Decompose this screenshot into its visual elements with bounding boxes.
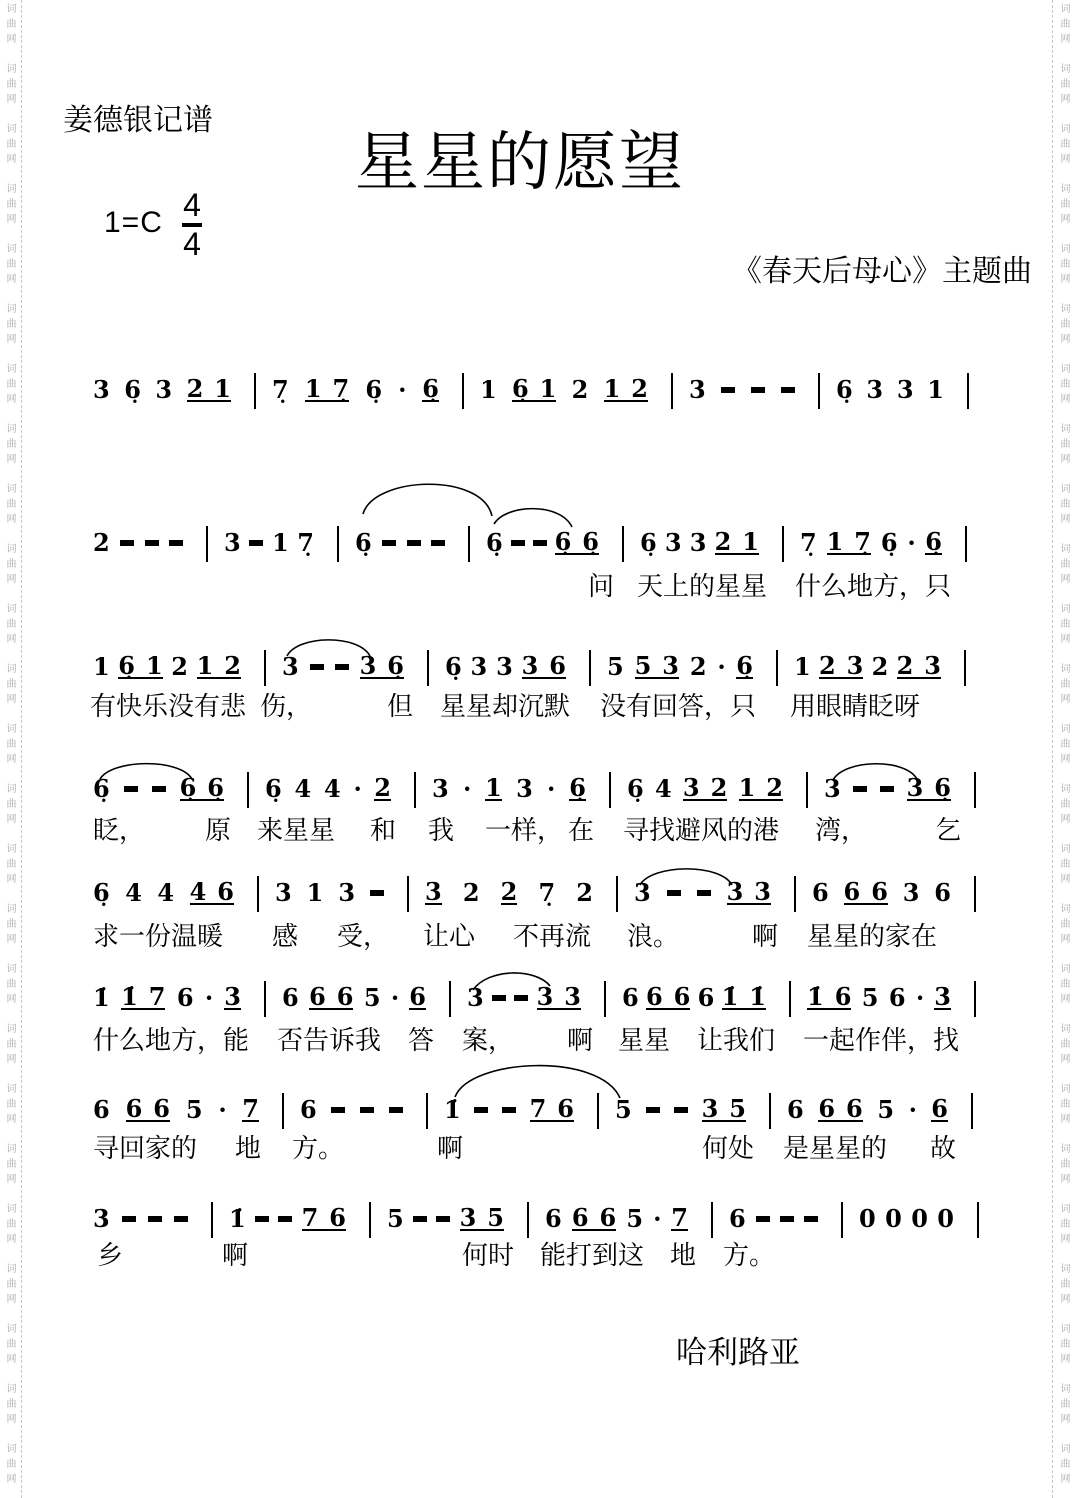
note: 3	[432, 778, 449, 800]
lyric: 乡	[97, 1242, 123, 1270]
lyric: 一样，	[485, 817, 563, 845]
eighth-note-group: 1̇1̇	[722, 986, 766, 1010]
hold-dash: -	[511, 540, 525, 546]
hold-dash: -	[255, 1216, 269, 1222]
hold-dash: -	[169, 540, 183, 546]
note: 5	[635, 655, 652, 677]
hold-dash: -	[122, 1216, 136, 1222]
note: 4	[190, 881, 207, 903]
measure: 3 - - -	[88, 1199, 212, 1239]
watermark: 词曲网	[1057, 423, 1069, 468]
note: 6̣	[881, 532, 898, 554]
eighth-note-group: 66	[646, 986, 690, 1010]
lyric: 让心	[423, 923, 475, 951]
note: 6	[698, 987, 715, 1009]
lyric: 什么地方，只	[795, 573, 951, 601]
note: 6	[282, 987, 299, 1009]
measure: 6̣ 4 4 46	[88, 873, 258, 913]
note: 4	[125, 882, 142, 904]
note: 3	[460, 1207, 477, 1229]
hold-dash: -	[389, 1107, 403, 1113]
eighth-note-group: 12	[604, 378, 648, 402]
lyric: 啊	[222, 1242, 248, 1270]
note: 3	[471, 656, 488, 678]
measure: 3 · 1 3 · 6̣	[415, 769, 610, 809]
song-subtitle: 《春天后母心》主题曲	[732, 254, 1032, 290]
note: 6	[153, 1098, 170, 1120]
watermark: 词曲网	[3, 123, 15, 168]
note: 6̣	[512, 378, 529, 400]
note: 6	[409, 986, 426, 1008]
hold-dash: -	[474, 1107, 488, 1113]
note: 6̣	[627, 778, 644, 800]
note: 1̇	[807, 986, 824, 1008]
note: 1	[93, 656, 110, 678]
note: 3	[425, 881, 442, 903]
note: 6̣	[582, 531, 599, 553]
measure: 3 - - 36̣	[807, 769, 975, 809]
note: 6	[549, 655, 566, 677]
note: 6	[329, 1207, 346, 1229]
measure: 6̣ 4 4 · 2	[248, 769, 415, 809]
eighth-note-group: 35	[702, 1098, 746, 1122]
lyric: 星星	[618, 1027, 670, 1055]
measure: 3 - - 33	[617, 873, 795, 913]
eighth-note-group: 6̣1	[118, 655, 162, 679]
note: 3	[338, 882, 355, 904]
note: 6	[889, 987, 906, 1009]
note: 2	[93, 532, 110, 554]
lyric: 伤，	[260, 693, 312, 721]
note: 2	[711, 777, 728, 799]
note: 6	[93, 1099, 110, 1121]
note: 6̣	[387, 655, 404, 677]
note: 4	[295, 778, 312, 800]
lyric: 啊	[437, 1135, 463, 1163]
note: 5	[364, 987, 381, 1009]
note: 6̣	[486, 532, 503, 554]
note: 3	[903, 882, 920, 904]
note: 6	[835, 986, 852, 1008]
lyric: 能打到这	[540, 1242, 644, 1270]
note: 5	[862, 987, 879, 1009]
eighth-note-group: 3	[224, 986, 241, 1010]
sheet-music-page: 词曲网 词曲网 词曲网 词曲网 词曲网 词曲网 词曲网 词曲网 词曲网 词曲网 …	[0, 0, 1074, 1498]
barline	[974, 876, 976, 912]
note: 5	[487, 1207, 504, 1229]
hold-dash: -	[756, 1216, 770, 1222]
eighth-note-group: 6̣	[736, 655, 753, 679]
measure: 6 66 5 · 6	[770, 1090, 972, 1130]
left-watermark-column: 词曲网 词曲网 词曲网 词曲网 词曲网 词曲网 词曲网 词曲网 词曲网 词曲网 …	[3, 3, 15, 1498]
watermark: 词曲网	[3, 723, 15, 768]
note: 1	[305, 378, 322, 400]
note: 6	[309, 986, 326, 1008]
note: 3	[93, 1208, 110, 1230]
lyric: 啊	[752, 923, 778, 951]
eighth-note-group: 17̣	[827, 531, 871, 555]
hold-dash: -	[360, 1107, 374, 1113]
hold-dash: -	[751, 387, 765, 393]
hold-dash: -	[533, 540, 547, 546]
hold-dash: -	[278, 1216, 292, 1222]
note: 3	[924, 655, 941, 677]
note: 6	[572, 1207, 589, 1229]
hold-dash: -	[310, 664, 324, 670]
measure: 3 1 3 -	[258, 873, 408, 913]
note: 6̣	[569, 777, 586, 799]
eighth-note-group: 3	[425, 881, 442, 905]
measure: 5 53 2 · 6̣	[590, 647, 777, 687]
note: 6	[646, 986, 663, 1008]
note: 6̣	[555, 531, 572, 553]
note: 1̇	[93, 987, 110, 1009]
note: 3	[689, 379, 706, 401]
note: 1	[540, 378, 557, 400]
eighth-note-group: 1	[485, 777, 502, 801]
note: 3	[522, 655, 539, 677]
lyric: 星星却沉默	[440, 693, 570, 721]
measure: 6 66 5 · 7	[88, 1090, 283, 1130]
note: 6	[934, 882, 951, 904]
note: 3	[275, 882, 292, 904]
measure: 6̣ 4 32 12	[610, 769, 807, 809]
note: 6̣	[355, 532, 372, 554]
measure: 6̣ 3 3 1	[819, 370, 968, 410]
hold-dash: -	[431, 540, 445, 546]
key-signature: 1=C	[104, 206, 163, 240]
measure: 7̣ 17̣ 6̣ · 6̣	[783, 523, 966, 563]
note: 3	[93, 379, 110, 401]
eighth-note-group: 32	[683, 777, 727, 801]
eighth-note-group: 66	[572, 1207, 616, 1231]
eighth-note-group: 21	[715, 531, 759, 555]
barline	[971, 1093, 973, 1129]
lyric: 湾，	[815, 817, 867, 845]
hold-dash: -	[120, 540, 134, 546]
augmentation-dot: ·	[205, 987, 213, 1009]
note: 3	[537, 986, 554, 1008]
eighth-note-group: 66	[818, 1098, 862, 1122]
note: 6̣	[93, 882, 110, 904]
note: 3	[282, 656, 299, 678]
note: 6	[812, 882, 829, 904]
note: 6	[931, 1098, 948, 1120]
hold-dash: -	[781, 387, 795, 393]
staff-line-1: 3 6̣ 3 21 7̣ 17̣ 6̣ · 6̣ 1 6̣1 2 12 3 - …	[0, 370, 1074, 410]
note: 3	[360, 655, 377, 677]
note: 6	[674, 986, 691, 1008]
eighth-note-group: 76	[530, 1098, 574, 1122]
measure: 6 66 5 · 7	[528, 1199, 712, 1239]
eighth-note-group: 6̣6̣	[180, 777, 224, 801]
note: 6	[844, 881, 861, 903]
note: 2	[374, 777, 391, 799]
eighth-note-group: 6̣	[569, 777, 586, 801]
lyric: 否告诉我	[277, 1027, 381, 1055]
watermark: 词曲网	[1057, 1263, 1069, 1308]
note: 6	[337, 986, 354, 1008]
hold-dash: -	[674, 1107, 688, 1113]
hold-dash: -	[407, 540, 421, 546]
eighth-note-group: 6̣	[422, 378, 439, 402]
watermark: 词曲网	[1057, 1383, 1069, 1428]
watermark: 词曲网	[3, 63, 15, 108]
watermark: 词曲网	[3, 1443, 15, 1488]
hold-dash: -	[502, 1107, 516, 1113]
time-signature-numerator: 4	[180, 190, 204, 220]
hold-dash: -	[148, 1216, 162, 1222]
eighth-note-group: 21	[187, 378, 231, 402]
eighth-note-group: 7	[671, 1207, 688, 1231]
note: 3	[866, 379, 883, 401]
note: 6̣	[836, 379, 853, 401]
note: 3	[224, 532, 241, 554]
watermark: 词曲网	[1057, 3, 1069, 48]
watermark: 词曲网	[3, 1383, 15, 1428]
note: 2	[224, 655, 241, 677]
lyric: 感	[272, 923, 298, 951]
note: 2	[572, 379, 589, 401]
note: 1	[827, 531, 844, 553]
watermark: 词曲网	[3, 243, 15, 288]
staff-line-2: 2 - - - 3 - 1 7̣ 6̣ - - - 6̣ - - 6̣6̣ 6̣	[0, 523, 1074, 563]
note: 1	[480, 379, 497, 401]
note: 6	[557, 1098, 574, 1120]
staff-line-7: 6 66 5 · 7 6 - - - 1̇ - - 76 5 - - 35	[0, 1090, 1074, 1130]
barline	[974, 772, 976, 808]
note: 6	[217, 881, 234, 903]
note: 2	[631, 378, 648, 400]
watermark: 词曲网	[1057, 243, 1069, 288]
eighth-note-group: 6̣	[925, 531, 942, 555]
lyric: 何时	[462, 1242, 514, 1270]
hold-dash: -	[124, 786, 138, 792]
lyric: 受，	[337, 923, 389, 951]
note: 5	[877, 1099, 894, 1121]
watermark: 词曲网	[1057, 183, 1069, 228]
note: 6	[177, 987, 194, 1009]
note: 1̇	[121, 986, 138, 1008]
note: 6	[787, 1099, 804, 1121]
hold-dash: -	[853, 786, 867, 792]
note: 6̣	[365, 379, 382, 401]
eighth-note-group: 17̣	[305, 378, 349, 402]
hold-dash: -	[152, 786, 166, 792]
eighth-note-group: 33	[537, 986, 581, 1010]
note: 6̣	[422, 378, 439, 400]
measure: 6̣ 3 3 36	[428, 647, 590, 687]
hold-dash: -	[646, 1107, 660, 1113]
watermark: 词曲网	[1057, 483, 1069, 528]
staff-line-6: 1̇ 1̇7 6 · 3 6 66 5 · 6 3 - - 33 6 66 6 …	[0, 978, 1074, 1018]
watermark: 词曲网	[1057, 1323, 1069, 1368]
note: 3	[665, 532, 682, 554]
note: 3	[754, 881, 771, 903]
arranger-credit: 姜德银记谱	[63, 104, 213, 138]
lyric: 让我们	[697, 1027, 775, 1055]
note: 6	[622, 987, 639, 1009]
augmentation-dot: ·	[463, 778, 471, 800]
lyric: 一起作伴，找	[803, 1027, 959, 1055]
eighth-note-group: 23	[819, 655, 863, 679]
note: 5	[626, 1208, 643, 1230]
staff-line-5: 6̣ 4 4 46 3 1 3 - 3 2 2 7̣ 2 3 - - 33	[0, 873, 1074, 913]
measure: 2 - - -	[88, 523, 207, 563]
measure: 1̇ - - 76	[212, 1199, 370, 1239]
measure: 1 6̣1 2 12	[88, 647, 265, 687]
measure: 3 - - 36̣	[265, 647, 428, 687]
augmentation-dot: ·	[907, 532, 915, 554]
note: 2	[501, 881, 518, 903]
measure: 7̣ 17̣ 6̣ · 6̣	[255, 370, 463, 410]
note: 7̣	[297, 532, 314, 554]
note: 7	[302, 1207, 319, 1229]
eighth-note-group: 6	[931, 1098, 948, 1122]
lyric: 有快乐没有悲	[90, 693, 246, 721]
note: 3	[683, 777, 700, 799]
note: 1̇	[229, 1208, 246, 1230]
note: 7̣	[800, 532, 817, 554]
watermark: 词曲网	[1057, 123, 1069, 168]
eighth-note-group: 12	[197, 655, 241, 679]
note: 5	[729, 1098, 746, 1120]
hold-dash: -	[880, 786, 894, 792]
note: 6	[818, 1098, 835, 1120]
staff-line-4: 6̣ - - 6̣6̣ 6̣ 4 4 · 2 3 · 1 3 · 6̣ 6̣ 4…	[0, 769, 1074, 809]
lyric: 什么地方，能	[93, 1027, 249, 1055]
lyric: 星星的家在	[807, 923, 937, 951]
staff-line-3: 1 6̣1 2 12 3 - - 36̣ 6̣ 3 3 36 5 53 2 · …	[0, 647, 1074, 687]
hold-dash: -	[667, 890, 681, 896]
lyric: 求一份温暖	[93, 923, 223, 951]
note: 1	[485, 777, 502, 799]
barline	[974, 981, 976, 1017]
lyric: 但	[387, 693, 413, 721]
note: 6̣	[640, 532, 657, 554]
barline	[977, 1202, 979, 1238]
eighth-note-group: 6	[409, 986, 426, 1010]
measure: 3 2 2 7̣ 2	[408, 873, 617, 913]
measure: 1̇ - - 76	[427, 1090, 598, 1130]
measure: 6̣ - - 6̣6̣	[88, 769, 248, 809]
note: 1	[927, 379, 944, 401]
note: 6̣	[180, 777, 197, 799]
measure: 3 6̣ 3 21	[88, 370, 255, 410]
note: 3	[702, 1098, 719, 1120]
hold-dash: -	[335, 664, 349, 670]
lyric: 故	[930, 1135, 956, 1163]
note: 5	[607, 656, 624, 678]
watermark: 词曲网	[3, 1323, 15, 1368]
lyric: 案，	[462, 1027, 514, 1055]
eighth-note-group: 7	[242, 1098, 259, 1122]
note: 6	[545, 1208, 562, 1230]
right-watermark-column: 词曲网 词曲网 词曲网 词曲网 词曲网 词曲网 词曲网 词曲网 词曲网 词曲网 …	[1057, 3, 1069, 1498]
measure: 6̣ 3 3 21	[623, 523, 783, 563]
lyric: 和	[370, 817, 396, 845]
measure: 6̣ - - -	[338, 523, 469, 563]
augmentation-dot: ·	[653, 1208, 661, 1230]
lyric: 答	[408, 1027, 434, 1055]
watermark: 词曲网	[1057, 1023, 1069, 1068]
note: 3	[824, 778, 841, 800]
watermark: 词曲网	[3, 1023, 15, 1068]
note: 7̣	[538, 882, 555, 904]
measure: 3 - - -	[672, 370, 819, 410]
note: 6	[871, 881, 888, 903]
measure: 1̇6 5 6 · 3	[790, 978, 975, 1018]
eighth-note-group: 36	[522, 655, 566, 679]
note: 6	[126, 1098, 143, 1120]
eighth-note-group: 6̣1	[512, 378, 556, 402]
hold-dash: -	[413, 1216, 427, 1222]
augmentation-dot: ·	[547, 778, 555, 800]
note: 7	[530, 1098, 547, 1120]
eighth-note-group: 35	[460, 1207, 504, 1231]
eighth-note-group: 53	[635, 655, 679, 679]
hold-dash: -	[697, 890, 711, 896]
left-margin-dashed-line	[21, 0, 22, 1498]
note: 3	[727, 881, 744, 903]
note: 3	[907, 777, 924, 799]
song-title: 星星的愿望	[355, 128, 685, 198]
lyric: 天上的星星	[637, 573, 767, 601]
hold-dash: -	[249, 540, 263, 546]
note: 2	[872, 656, 889, 678]
note: 1	[794, 656, 811, 678]
lyric: 方。	[723, 1242, 775, 1270]
note: 7̣	[272, 379, 289, 401]
augmentation-dot: ·	[909, 1099, 917, 1121]
eighth-note-group: 23	[897, 655, 941, 679]
note: 2	[187, 378, 204, 400]
lyric: 问	[588, 573, 614, 601]
eighth-note-group: 46	[190, 881, 234, 905]
watermark: 词曲网	[3, 483, 15, 528]
hold-dash: -	[514, 995, 528, 1001]
measure: 3 - - 33	[450, 978, 605, 1018]
augmentation-dot: ·	[391, 987, 399, 1009]
note: 6̣	[265, 778, 282, 800]
note: 1	[197, 655, 214, 677]
note: 3	[897, 379, 914, 401]
eighth-note-group: 66	[844, 881, 888, 905]
note: 2	[766, 777, 783, 799]
measure: 0 0 0 0	[842, 1199, 978, 1239]
watermark: 词曲网	[3, 423, 15, 468]
lyric: 没有回答，只	[600, 693, 756, 721]
measure: 5 - - 35	[370, 1199, 528, 1239]
note: 1	[742, 531, 759, 553]
rest: 0	[911, 1208, 928, 1230]
note: 2	[715, 531, 732, 553]
measure: 1 23 2 23	[777, 647, 965, 687]
note: 3	[224, 986, 241, 1008]
watermark: 词曲网	[3, 303, 15, 348]
augmentation-dot: ·	[354, 778, 362, 800]
note: 2	[819, 655, 836, 677]
note: 2	[897, 655, 914, 677]
note: 4	[655, 778, 672, 800]
staff-line-8: 3 - - - 1̇ - - 76 5 - - 35 6 66 5 · 7	[0, 1199, 1074, 1239]
note: 6	[729, 1208, 746, 1230]
measure: 6 - - -	[712, 1199, 842, 1239]
time-signature-denominator: 4	[180, 229, 204, 259]
hold-dash: -	[145, 540, 159, 546]
lyric: 原	[205, 817, 231, 845]
note: 6̣	[118, 655, 135, 677]
